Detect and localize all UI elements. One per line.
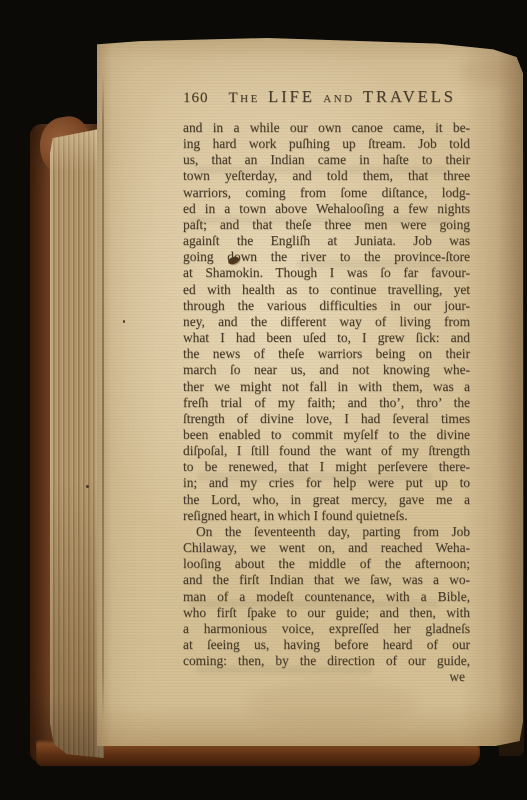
title-segment: The [229, 90, 260, 107]
text-line: going down the river to the province-ſto… [183, 249, 470, 265]
running-title: TheLIFEandTRAVELS [229, 87, 471, 107]
text-line: ney, and the different way of living fro… [183, 314, 470, 330]
text-line: On the ſeventeenth day, parting from Job [183, 524, 470, 540]
book-scan-photo: 160 TheLIFEandTRAVELS and in a while our… [0, 0, 527, 800]
text-line: the news of theſe warriors being on thei… [183, 346, 470, 362]
title-segment: LIFE [268, 87, 315, 107]
text-line: what I had been uſed to, I grew ſick: an… [183, 330, 470, 346]
paper-stain [457, 58, 517, 86]
text-line: man of a modeſt countenance, with a Bibl… [183, 589, 470, 605]
text-line: through the various difficulties in our … [183, 298, 470, 314]
text-line: paſt; and that theſe three men were goin… [183, 217, 470, 233]
text-line: looſing about the middle of the afternoo… [183, 556, 470, 572]
title-segment: and [323, 90, 354, 107]
text-line: and in a while our own canoe came, it be… [183, 120, 470, 136]
text-line: the Lord, who, in great mercy, gave me a [183, 492, 470, 508]
text-line: coming: then, by the direction of our gu… [183, 653, 470, 669]
page-gutter-shadow [102, 73, 104, 724]
text-line: ſtrength of divine love, I had ſeveral t… [183, 411, 470, 427]
text-line: reſigned heart, in which I found quietne… [183, 508, 470, 524]
page-stack-fore-edge [50, 128, 104, 758]
text-line: town yeſterday, and told them, that thre… [183, 168, 470, 184]
text-line: againſt the Engliſh at Juniata. Job was [183, 233, 470, 249]
text-line: ed in a town above Wehalooſing a few nig… [183, 201, 470, 217]
title-segment: TRAVELS [363, 87, 456, 107]
body-text: and in a while our own canoe came, it be… [183, 120, 470, 669]
running-head: 160 TheLIFEandTRAVELS [183, 87, 470, 107]
fly-speck [123, 320, 125, 323]
text-line: Chilaway, we went on, and reached Weha- [183, 540, 470, 556]
text-line: diſpoſal, I ſtill found the want of my ſ… [183, 443, 470, 459]
fly-speck [86, 485, 89, 488]
paper-stain [247, 678, 417, 728]
text-line: at ſeeing us, having before heard of our [183, 637, 470, 653]
page-number: 160 [183, 90, 209, 107]
text-line: in; and my cries for help were put up to [183, 475, 470, 491]
text-line: warriors, coming from ſome diſtance, lod… [183, 185, 470, 201]
text-line: who firſt ſpake to our guide; and then, … [183, 605, 470, 621]
catchword: we [183, 669, 470, 685]
text-line: ed with health as to continue travelling… [183, 282, 470, 298]
text-line: us, that an Indian came in haſte to thei… [183, 152, 470, 168]
text-line: freſh trial of my faith; and tho’, thro’… [183, 395, 470, 411]
text-line: march ſo near us, and not knowing whe- [183, 362, 470, 378]
text-line: been enabled to commit myſelf to the div… [183, 427, 470, 443]
text-line: and the firſt Indian that we ſaw, was a … [183, 572, 470, 588]
text-line: ing hard work puſhing up ſtream. Job tol… [183, 136, 470, 152]
printed-text-block: 160 TheLIFEandTRAVELS and in a while our… [183, 87, 470, 685]
text-line: a harmonious voice, expreſſed her gladne… [183, 621, 470, 637]
text-line: to be renewed, that I might perſevere th… [183, 459, 470, 475]
text-line: ther we might not fall in with them, was… [183, 379, 470, 395]
text-line: at Shamokin. Though I was ſo far favour- [183, 265, 470, 281]
book-page: 160 TheLIFEandTRAVELS and in a while our… [97, 38, 523, 746]
